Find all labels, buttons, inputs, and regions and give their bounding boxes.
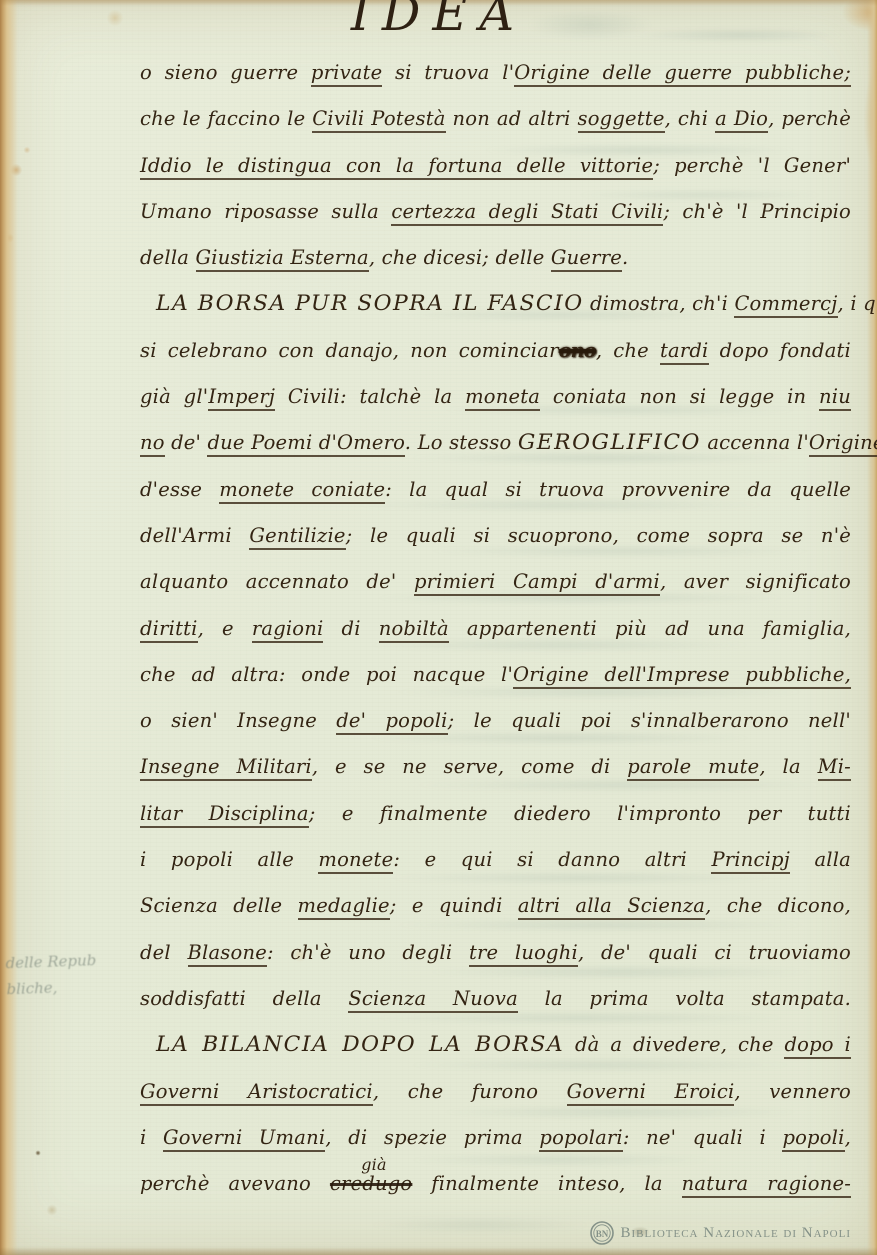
- watermark-label: Biblioteca Nazionale di Napoli: [620, 1225, 851, 1242]
- text-segment: GEROGLIFICO: [518, 430, 701, 455]
- manuscript-line: si celebrano con danajo, non cominciaron…: [140, 328, 851, 374]
- text-segment: Giustizia Esterna: [196, 246, 369, 272]
- text-segment: Origine: [809, 431, 877, 457]
- text-segment: de': [165, 431, 208, 454]
- text-segment: , de' quali ci truoviamo: [578, 941, 851, 964]
- text-segment: ono: [559, 339, 596, 362]
- manuscript-line: Iddio le distingua con la fortuna delle …: [140, 143, 851, 189]
- inserted-word-above: già: [361, 1157, 386, 1173]
- text-segment: parole mute: [627, 755, 759, 781]
- manuscript-line: soddisfatti della Scienza Nuova la prima…: [140, 976, 851, 1022]
- manuscript-line: litar Disciplina; e finalmente diedero l…: [140, 791, 851, 837]
- manuscript-line: no de' due Poemi d'Omero. Lo stesso GERO…: [140, 420, 851, 466]
- manuscript-line: Scienza delle medaglie; e quindi altri a…: [140, 883, 851, 929]
- text-segment: ; e finalmente diedero l'impronto per tu…: [309, 802, 851, 825]
- text-segment: si celebrano con danajo, non cominciar: [140, 339, 559, 362]
- text-segment: dell'Armi: [140, 524, 249, 547]
- margin-note: delle Repub bliche,: [5, 946, 137, 1003]
- text-segment: tardi: [660, 339, 709, 365]
- text-segment: appartenenti più ad una famiglia,: [449, 617, 851, 640]
- text-segment: primieri Campi d'armi: [414, 570, 660, 596]
- text-segment: Civili Potestà: [312, 107, 445, 133]
- text-segment: tre luoghi: [469, 941, 578, 967]
- text-segment: o sien' Insegne: [140, 709, 336, 732]
- text-segment: LA BORSA PUR SOPRA IL FASCIO: [156, 291, 584, 316]
- text-segment: che le faccino le: [140, 107, 312, 130]
- text-segment: ragioni: [252, 617, 324, 643]
- manuscript-line: della Giustizia Esterna, che dicesi; del…: [140, 235, 851, 281]
- text-segment: monete: [318, 848, 393, 874]
- manuscript-line: che le faccino le Civili Potestà non ad …: [140, 96, 851, 142]
- manuscript-line: Umano riposasse sulla certezza degli Sta…: [140, 189, 851, 235]
- text-segment: ; e quindi: [390, 894, 518, 917]
- manuscript-line: diritti, e ragioni di nobiltà appartenen…: [140, 606, 851, 652]
- text-segment: , di spezie prima: [325, 1126, 539, 1149]
- text-segment: dà a divedere, che: [564, 1033, 784, 1056]
- manuscript-page: IDEA o sieno guerre private si truova l'…: [0, 0, 877, 1255]
- text-segment: Blasone: [188, 941, 267, 967]
- text-segment: soddisfatti della: [140, 987, 348, 1010]
- text-segment: ; perchè 'l Gener': [653, 154, 851, 177]
- corrected-word: giàcredugo: [330, 1172, 412, 1195]
- library-monogram: BN: [596, 1229, 609, 1239]
- text-segment: Governi Aristocratici: [140, 1080, 373, 1106]
- text-segment: de' popoli: [336, 709, 447, 735]
- text-segment: niu: [819, 385, 851, 411]
- library-logo-icon: BN: [590, 1221, 614, 1245]
- text-segment: , e se ne serve, come di: [312, 755, 627, 778]
- text-segment: Origine dell'Imprese pubbliche,: [513, 663, 851, 689]
- text-segment: ; ch'è 'l Principio: [663, 200, 851, 223]
- text-segment: alla: [790, 848, 851, 871]
- page-edge-bottom: [0, 1247, 877, 1255]
- text-segment: Umano riposasse sulla: [140, 200, 391, 223]
- page-edge-right: [867, 0, 877, 1255]
- text-segment: o sieno guerre: [140, 61, 311, 84]
- text-segment: Insegne Militari: [140, 755, 312, 781]
- text-segment: diritti: [140, 617, 198, 643]
- text-segment: soggette: [578, 107, 665, 133]
- text-segment: Iddio le distingua con la fortuna delle …: [140, 154, 653, 180]
- text-segment: dopo fondati: [709, 339, 852, 362]
- text-segment: , e: [198, 617, 252, 640]
- text-segment: alquanto accennato de': [140, 570, 414, 593]
- manuscript-line: Insegne Militari, e se ne serve, come di…: [140, 744, 851, 790]
- text-segment: altri alla Scienza: [518, 894, 705, 920]
- text-segment: : ch'è uno degli: [267, 941, 469, 964]
- text-segment: : e qui si danno altri: [393, 848, 711, 871]
- text-segment: Scienza delle: [140, 894, 298, 917]
- manuscript-line: perchè avevano giàcredugo finalmente int…: [140, 1161, 851, 1207]
- manuscript-line: già gl'Imperj Civili: talchè la moneta c…: [140, 374, 851, 420]
- text-segment: la prima volta stampata.: [518, 987, 851, 1010]
- text-segment: accenna l': [701, 431, 809, 454]
- text-segment: natura ragione-: [682, 1172, 851, 1198]
- text-segment: no: [140, 431, 165, 457]
- text-segment: dimostra, ch'i: [584, 292, 735, 315]
- text-segment: dopo i: [784, 1033, 851, 1059]
- manuscript-line: che ad altra: onde poi nacque l'Origine …: [140, 652, 851, 698]
- text-segment: Principj: [711, 848, 790, 874]
- manuscript-line: i Governi Umani, di spezie prima popolar…: [140, 1115, 851, 1161]
- text-segment: i popoli alle: [140, 848, 318, 871]
- page-edge-left: [0, 0, 18, 1255]
- text-segment: private: [311, 61, 382, 87]
- text-segment: già gl': [140, 385, 208, 408]
- text-segment: : la qual si truova provvenire da quelle: [385, 478, 851, 501]
- text-segment: Civili: talchè la: [275, 385, 465, 408]
- margin-note-line: bliche,: [6, 972, 137, 1003]
- text-segment: Governi Eroici: [567, 1080, 735, 1106]
- text-segment: monete coniate: [219, 478, 385, 504]
- text-segment: , la: [759, 755, 817, 778]
- manuscript-line: o sien' Insegne de' popoli; le quali poi…: [140, 698, 851, 744]
- text-segment: Gentilizie: [249, 524, 345, 550]
- text-segment: i: [140, 1126, 163, 1149]
- text-segment: Mi-: [818, 755, 851, 781]
- manuscript-text: o sieno guerre private si truova l'Origi…: [140, 50, 851, 1207]
- text-segment: di: [323, 617, 378, 640]
- text-segment: ; le quali si scuoprono, come sopra se n…: [346, 524, 851, 547]
- manuscript-line: LA BILANCIA DOPO LA BORSA dà a divedere,…: [140, 1022, 851, 1068]
- manuscript-line: d'esse monete coniate: la qual si truova…: [140, 467, 851, 513]
- text-segment: a Dio: [715, 107, 768, 133]
- text-segment: perchè avevano: [140, 1172, 330, 1195]
- manuscript-line: alquanto accennato de' primieri Campi d'…: [140, 559, 851, 605]
- text-segment: non ad altri: [446, 107, 578, 130]
- library-watermark: BN Biblioteca Nazionale di Napoli: [590, 1221, 851, 1245]
- text-segment: coniata non si legge in: [540, 385, 819, 408]
- manuscript-line: del Blasone: ch'è uno degli tre luoghi, …: [140, 930, 851, 976]
- text-segment: .: [622, 246, 628, 269]
- text-segment: Imperj: [208, 385, 275, 411]
- text-segment: Origine delle guerre pubbliche;: [514, 61, 851, 87]
- text-segment: moneta: [465, 385, 540, 411]
- page-title: IDEA: [0, 0, 877, 42]
- text-segment: Scienza Nuova: [348, 987, 518, 1013]
- text-segment: litar Disciplina: [140, 802, 309, 828]
- text-segment: , vennero: [734, 1080, 851, 1103]
- text-segment: Governi Umani: [163, 1126, 325, 1152]
- text-segment: che ad altra: onde poi nacque l': [140, 663, 513, 686]
- manuscript-line: i popoli alle monete: e qui si danno alt…: [140, 837, 851, 883]
- text-segment: ; le quali poi s'innalberarono nell': [448, 709, 851, 732]
- text-segment: , aver significato: [660, 570, 851, 593]
- text-segment: , chi: [665, 107, 716, 130]
- text-segment: medaglie: [298, 894, 390, 920]
- manuscript-line: LA BORSA PUR SOPRA IL FASCIO dimostra, c…: [140, 281, 851, 327]
- text-segment: : ne' quali i: [623, 1126, 783, 1149]
- text-segment: ,: [845, 1126, 851, 1149]
- text-segment: si truova l': [382, 61, 514, 84]
- text-segment: certezza degli Stati Civili: [391, 200, 663, 226]
- text-segment: , che: [596, 339, 660, 362]
- text-segment: finalmente inteso, la: [412, 1172, 681, 1195]
- text-segment: LA BILANCIA DOPO LA BORSA: [156, 1032, 564, 1057]
- manuscript-line: Governi Aristocratici, che furono Govern…: [140, 1069, 851, 1115]
- manuscript-line: dell'Armi Gentilizie; le quali si scuopr…: [140, 513, 851, 559]
- text-segment: due Poemi d'Omero: [207, 431, 404, 457]
- text-segment: Commercj: [734, 292, 837, 318]
- text-segment: credugo: [330, 1172, 412, 1195]
- text-segment: nobiltà: [379, 617, 449, 643]
- text-segment: Guerre: [551, 246, 622, 272]
- text-segment: del: [140, 941, 188, 964]
- text-segment: , che dicesi; delle: [369, 246, 551, 269]
- manuscript-line: o sieno guerre private si truova l'Origi…: [140, 50, 851, 96]
- text-segment: popoli: [782, 1126, 844, 1152]
- text-segment: , i quali: [838, 292, 877, 315]
- text-segment: popolari: [539, 1126, 622, 1152]
- text-segment: . Lo stesso: [405, 431, 518, 454]
- text-segment: della: [140, 246, 196, 269]
- text-segment: , che furono: [373, 1080, 567, 1103]
- text-segment: , che dicono,: [705, 894, 851, 917]
- text-segment: d'esse: [140, 478, 219, 501]
- text-segment: , perchè: [768, 107, 851, 130]
